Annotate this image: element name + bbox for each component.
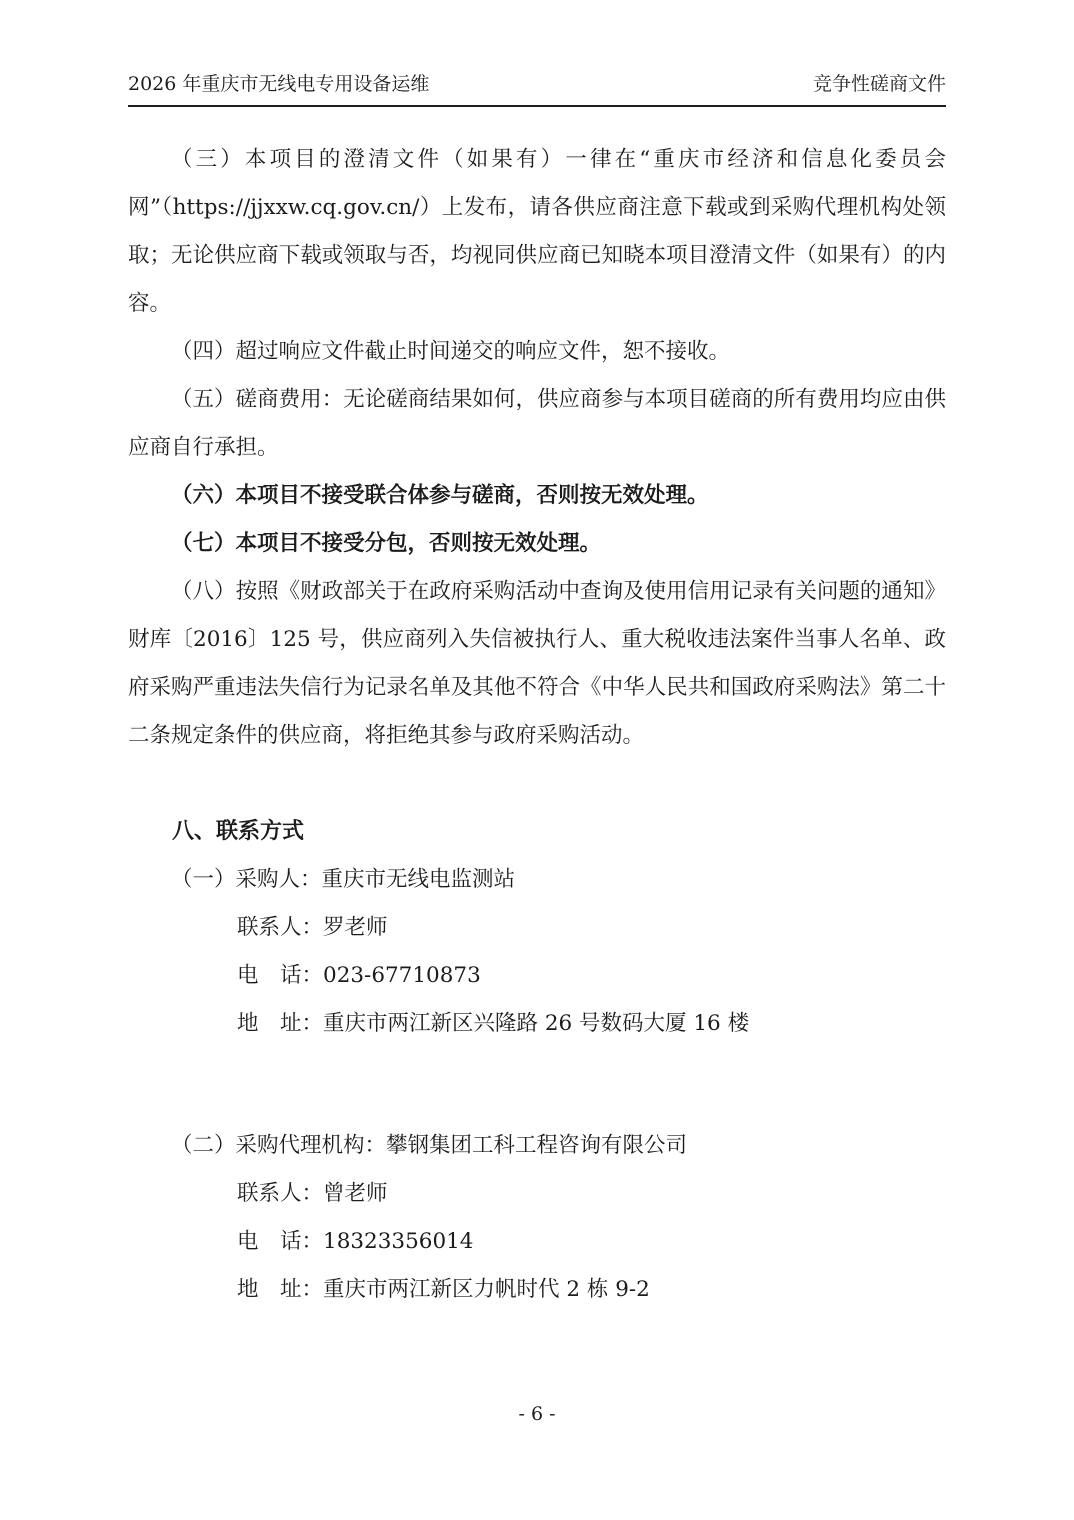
clause-6-paragraph: （六）本项目不接受联合体参与磋商，否则按无效处理。 [128,472,946,520]
address-label: 地 址： [237,1277,323,1302]
address-label: 地 址： [237,1011,323,1036]
phone-value: 18323356014 [323,1229,473,1254]
document-page: 2026 年重庆市无线电专用设备运维 竞争性磋商文件 （三）本项目的澄清文件（如… [0,0,1074,1520]
clause-4-paragraph: （四）超过响应文件截止时间递交的响应文件，恕不接收。 [128,328,946,376]
phone-label: 电 话： [237,1229,323,1254]
purchaser-contact-person-row: 联系人：罗老师 [128,904,946,952]
agency-title: （二）采购代理机构：攀钢集团工科工程咨询有限公司 [128,1122,946,1170]
contact-person-label: 联系人： [237,915,323,940]
contact-person-value: 罗老师 [323,915,388,940]
clause-7-paragraph: （七）本项目不接受分包，否则按无效处理。 [128,520,946,568]
phone-value: 023-67710873 [323,963,481,988]
contact-person-label: 联系人： [237,1181,323,1206]
purchaser-phone-row: 电 话：023-67710873 [128,952,946,1000]
header-doc-type: 竞争性磋商文件 [813,72,946,96]
purchaser-contact-block: （一）采购人：重庆市无线电监测站 联系人：罗老师 电 话：023-6771087… [128,856,946,1048]
contact-section-heading: 八、联系方式 [128,808,946,856]
page-header: 2026 年重庆市无线电专用设备运维 竞争性磋商文件 [128,72,946,107]
page-number: - 6 - [518,1403,555,1425]
purchaser-title: （一）采购人：重庆市无线电监测站 [128,856,946,904]
agency-contact-person-row: 联系人：曾老师 [128,1170,946,1218]
agency-contact-block: （二）采购代理机构：攀钢集团工科工程咨询有限公司 联系人：曾老师 电 话：183… [128,1122,946,1314]
address-value: 重庆市两江新区力帆时代 2 栋 9-2 [323,1277,650,1302]
address-value: 重庆市两江新区兴隆路 26 号数码大厦 16 楼 [323,1011,749,1036]
header-project-title: 2026 年重庆市无线电专用设备运维 [128,72,429,96]
clause-8-paragraph: （八）按照《财政部关于在政府采购活动中查询及使用信用记录有关问题的通知》财库〔2… [128,568,946,760]
agency-phone-row: 电 话：18323356014 [128,1218,946,1266]
clause-5-paragraph: （五）磋商费用：无论磋商结果如何，供应商参与本项目磋商的所有费用均应由供应商自行… [128,376,946,472]
contact-person-value: 曾老师 [323,1181,388,1206]
phone-label: 电 话： [237,963,323,988]
clause-3-paragraph: （三）本项目的澄清文件（如果有）一律在“重庆市经济和信息化委员会网”（https… [128,136,946,328]
purchaser-address-row: 地 址：重庆市两江新区兴隆路 26 号数码大厦 16 楼 [128,1000,946,1048]
page-footer: - 6 - [0,1402,1074,1426]
agency-address-row: 地 址：重庆市两江新区力帆时代 2 栋 9-2 [128,1266,946,1314]
document-body: （三）本项目的澄清文件（如果有）一律在“重庆市经济和信息化委员会网”（https… [128,136,946,1314]
